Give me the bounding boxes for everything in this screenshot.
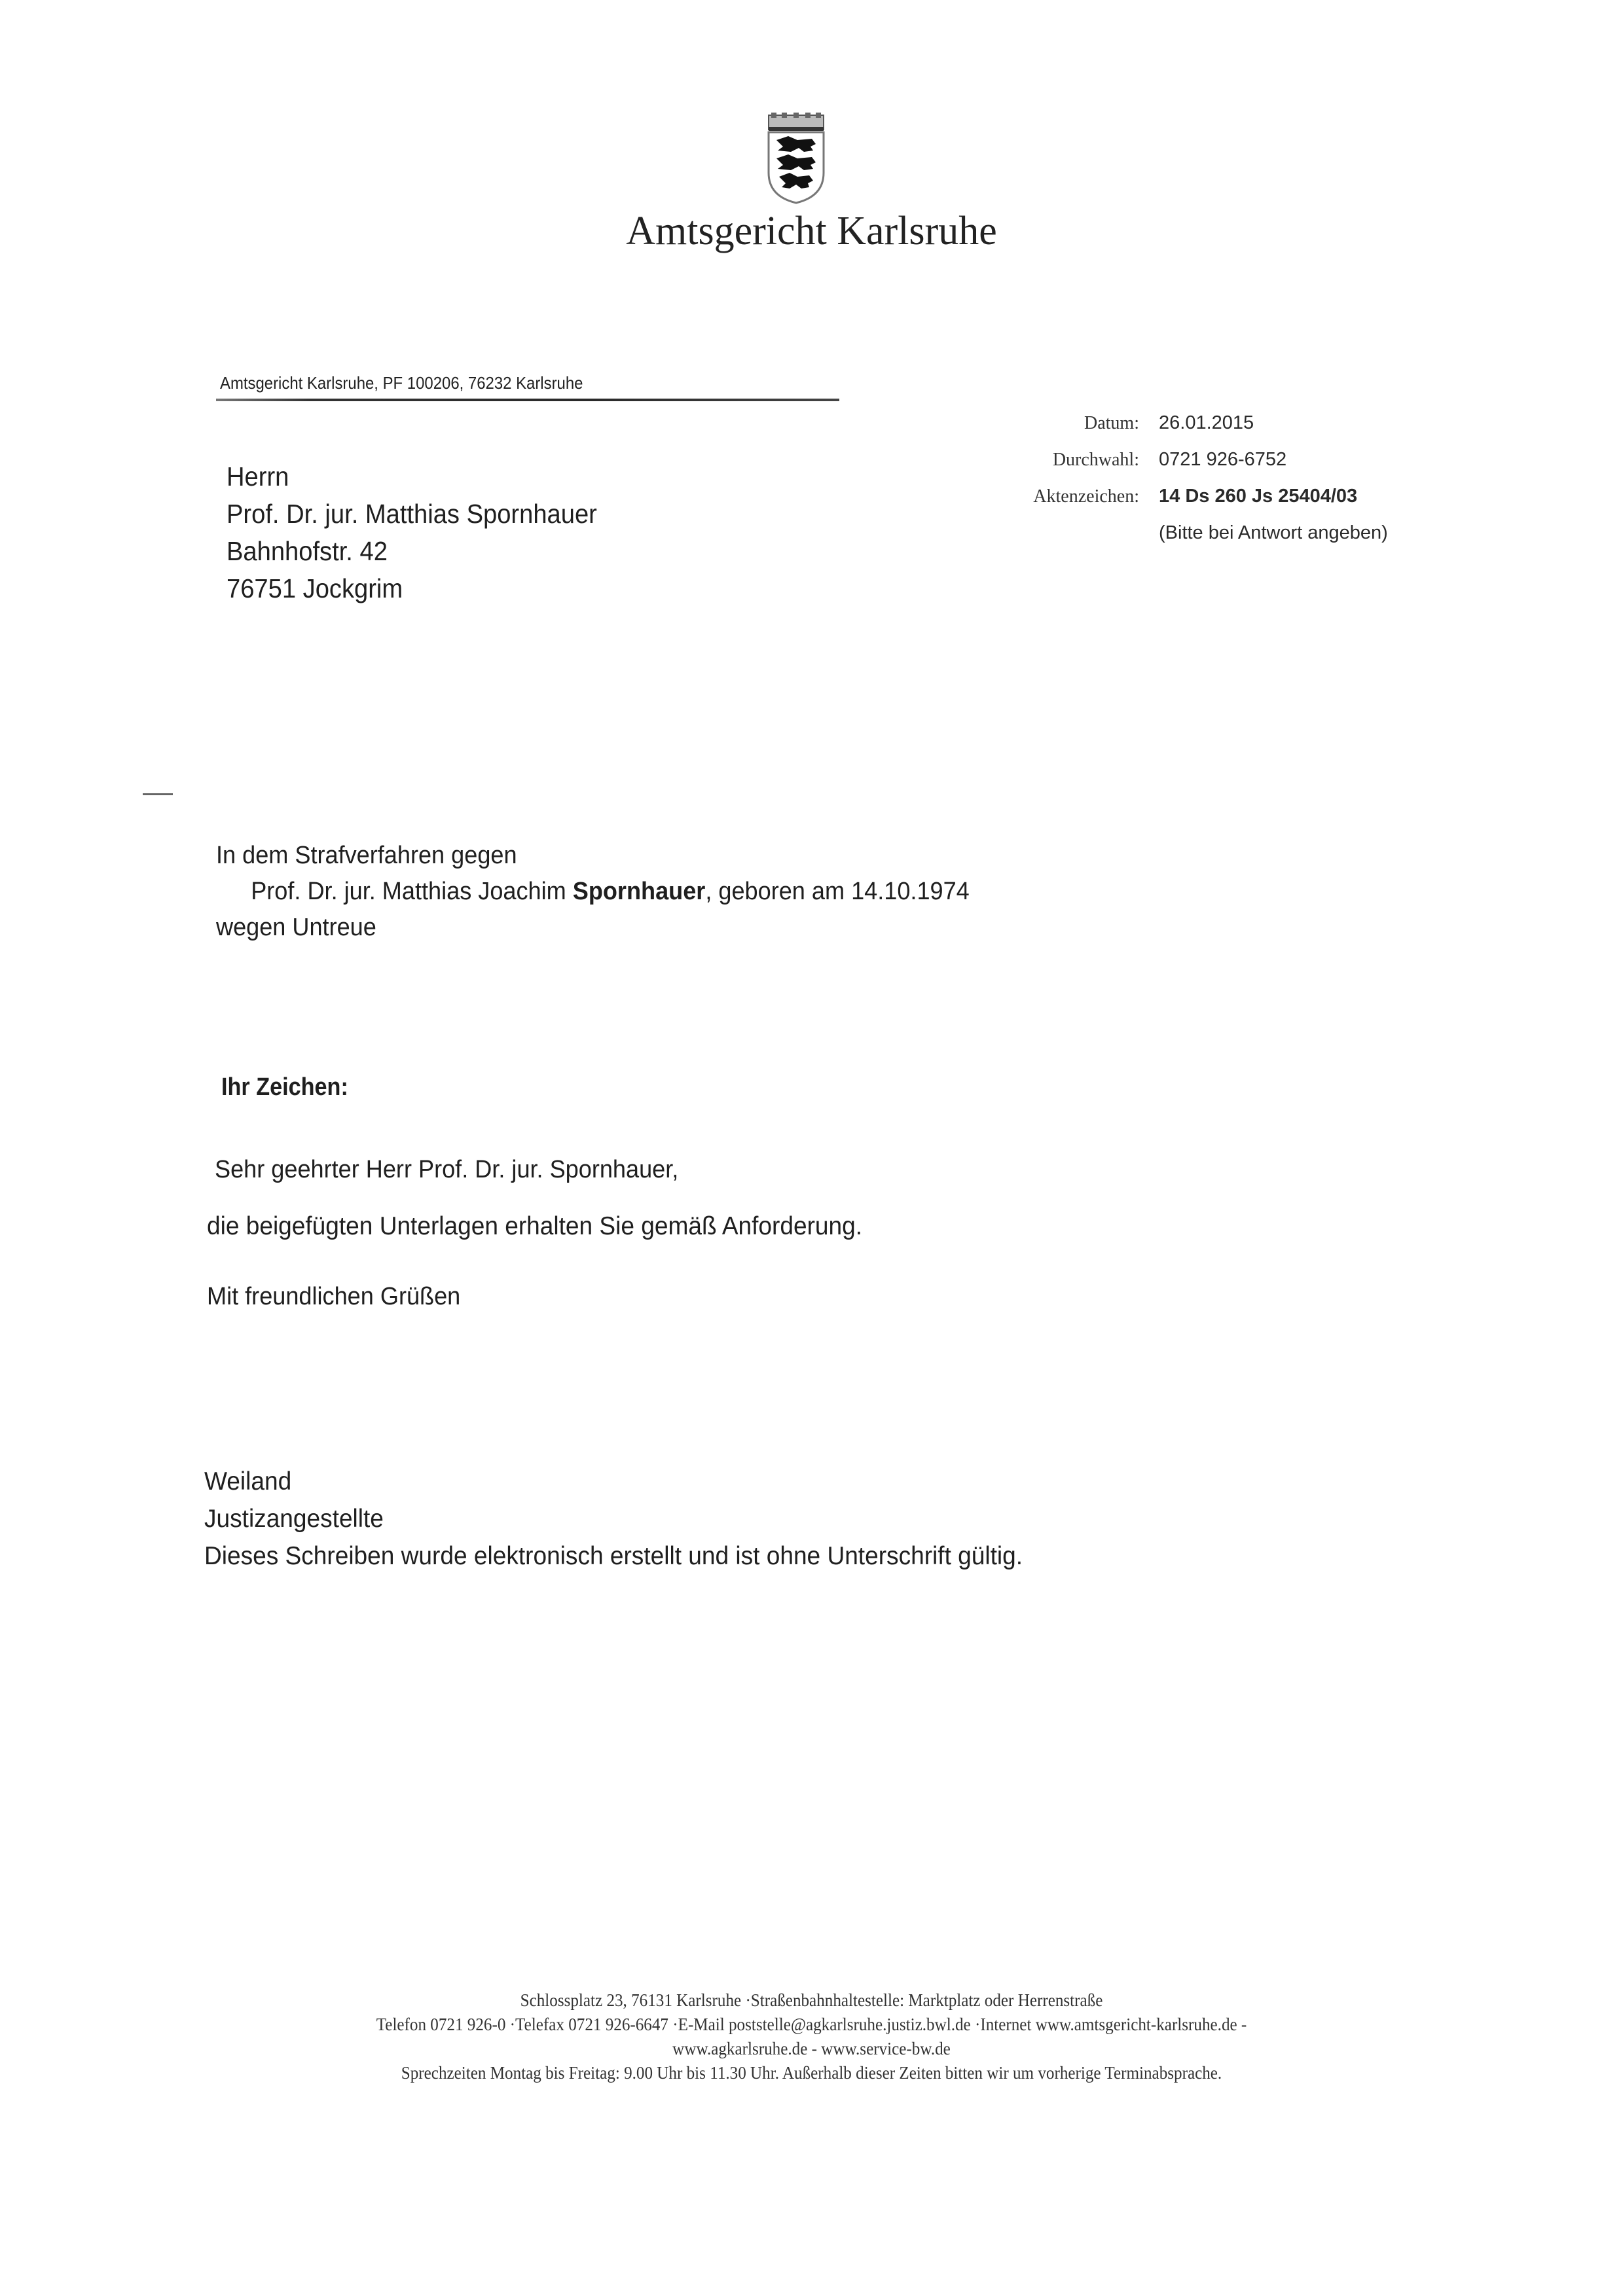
- file-reference-label: Aktenzeichen:: [956, 486, 1159, 507]
- phone-label: Durchwahl:: [956, 450, 1159, 471]
- recipient-name: Prof. Dr. jur. Matthias Spornhauer: [227, 495, 597, 533]
- date-label: Datum:: [956, 413, 1159, 434]
- case-charge: wegen Untreue: [216, 910, 970, 946]
- letter-footer: Schlossplatz 23, 76131 Karlsruhe ·Straße…: [0, 1988, 1623, 2085]
- case-intro: In dem Strafverfahren gegen: [216, 838, 970, 874]
- defendant-line: Prof. Dr. jur. Matthias Joachim Spornhau…: [216, 874, 970, 910]
- signatory-title: Justizangestellte: [204, 1500, 1023, 1537]
- defendant-birth: , geboren am 14.10.1974: [705, 878, 969, 905]
- letter-closing: Mit freundlichen Grüßen: [207, 1283, 460, 1311]
- letter-salutation: Sehr geehrter Herr Prof. Dr. jur. Spornh…: [215, 1156, 678, 1184]
- signatory-name: Weiland: [204, 1463, 1023, 1500]
- footer-contact: Telefon 0721 926-0 ·Telefax 0721 926-664…: [57, 2013, 1566, 2037]
- file-reference-row: Aktenzeichen: 14 Ds 260 Js 25404/03: [956, 486, 1545, 522]
- date-value: 26.01.2015: [1159, 412, 1254, 434]
- file-reference-value: 14 Ds 260 Js 25404/03: [1159, 486, 1357, 507]
- coat-of-arms-icon: [765, 113, 828, 204]
- fold-mark: [143, 793, 173, 795]
- phone-row: Durchwahl: 0721 926-6752: [956, 449, 1545, 486]
- phone-value: 0721 926-6752: [1159, 449, 1286, 471]
- electronic-signature-note: Dieses Schreiben wurde elektronisch erst…: [204, 1537, 1023, 1575]
- recipient-salutation: Herrn: [227, 458, 597, 495]
- recipient-street: Bahnhofstr. 42: [227, 533, 597, 570]
- defendant-surname: Spornhauer: [573, 878, 706, 905]
- footer-office-hours: Sprechzeiten Montag bis Freitag: 9.00 Uh…: [57, 2061, 1566, 2085]
- defendant-given-names: Prof. Dr. jur. Matthias Joachim: [251, 878, 573, 905]
- court-name-heading: Amtsgericht Karlsruhe: [0, 208, 1623, 255]
- return-address-rule: [216, 399, 839, 401]
- reference-note: (Bitte bei Antwort angeben): [1159, 522, 1388, 544]
- footer-address: Schlossplatz 23, 76131 Karlsruhe ·Straße…: [57, 1988, 1566, 2013]
- recipient-city: 76751 Jockgrim: [227, 570, 597, 607]
- return-address: Amtsgericht Karlsruhe, PF 100206, 76232 …: [220, 373, 583, 393]
- footer-websites: www.agkarlsruhe.de - www.service-bw.de: [57, 2037, 1566, 2061]
- recipient-address: Herrn Prof. Dr. jur. Matthias Spornhauer…: [227, 458, 625, 607]
- signature-block: Weiland Justizangestellte Dieses Schreib…: [204, 1463, 1066, 1575]
- your-reference-label: Ihr Zeichen:: [221, 1073, 348, 1102]
- reference-note-row: (Bitte bei Antwort angeben): [956, 522, 1545, 559]
- date-row: Datum: 26.01.2015: [956, 412, 1545, 449]
- case-subject: In dem Strafverfahren gegen Prof. Dr. ju…: [216, 838, 1009, 946]
- reference-info-block: Datum: 26.01.2015 Durchwahl: 0721 926-67…: [956, 412, 1545, 559]
- letter-body: die beigefügten Unterlagen erhalten Sie …: [207, 1212, 862, 1241]
